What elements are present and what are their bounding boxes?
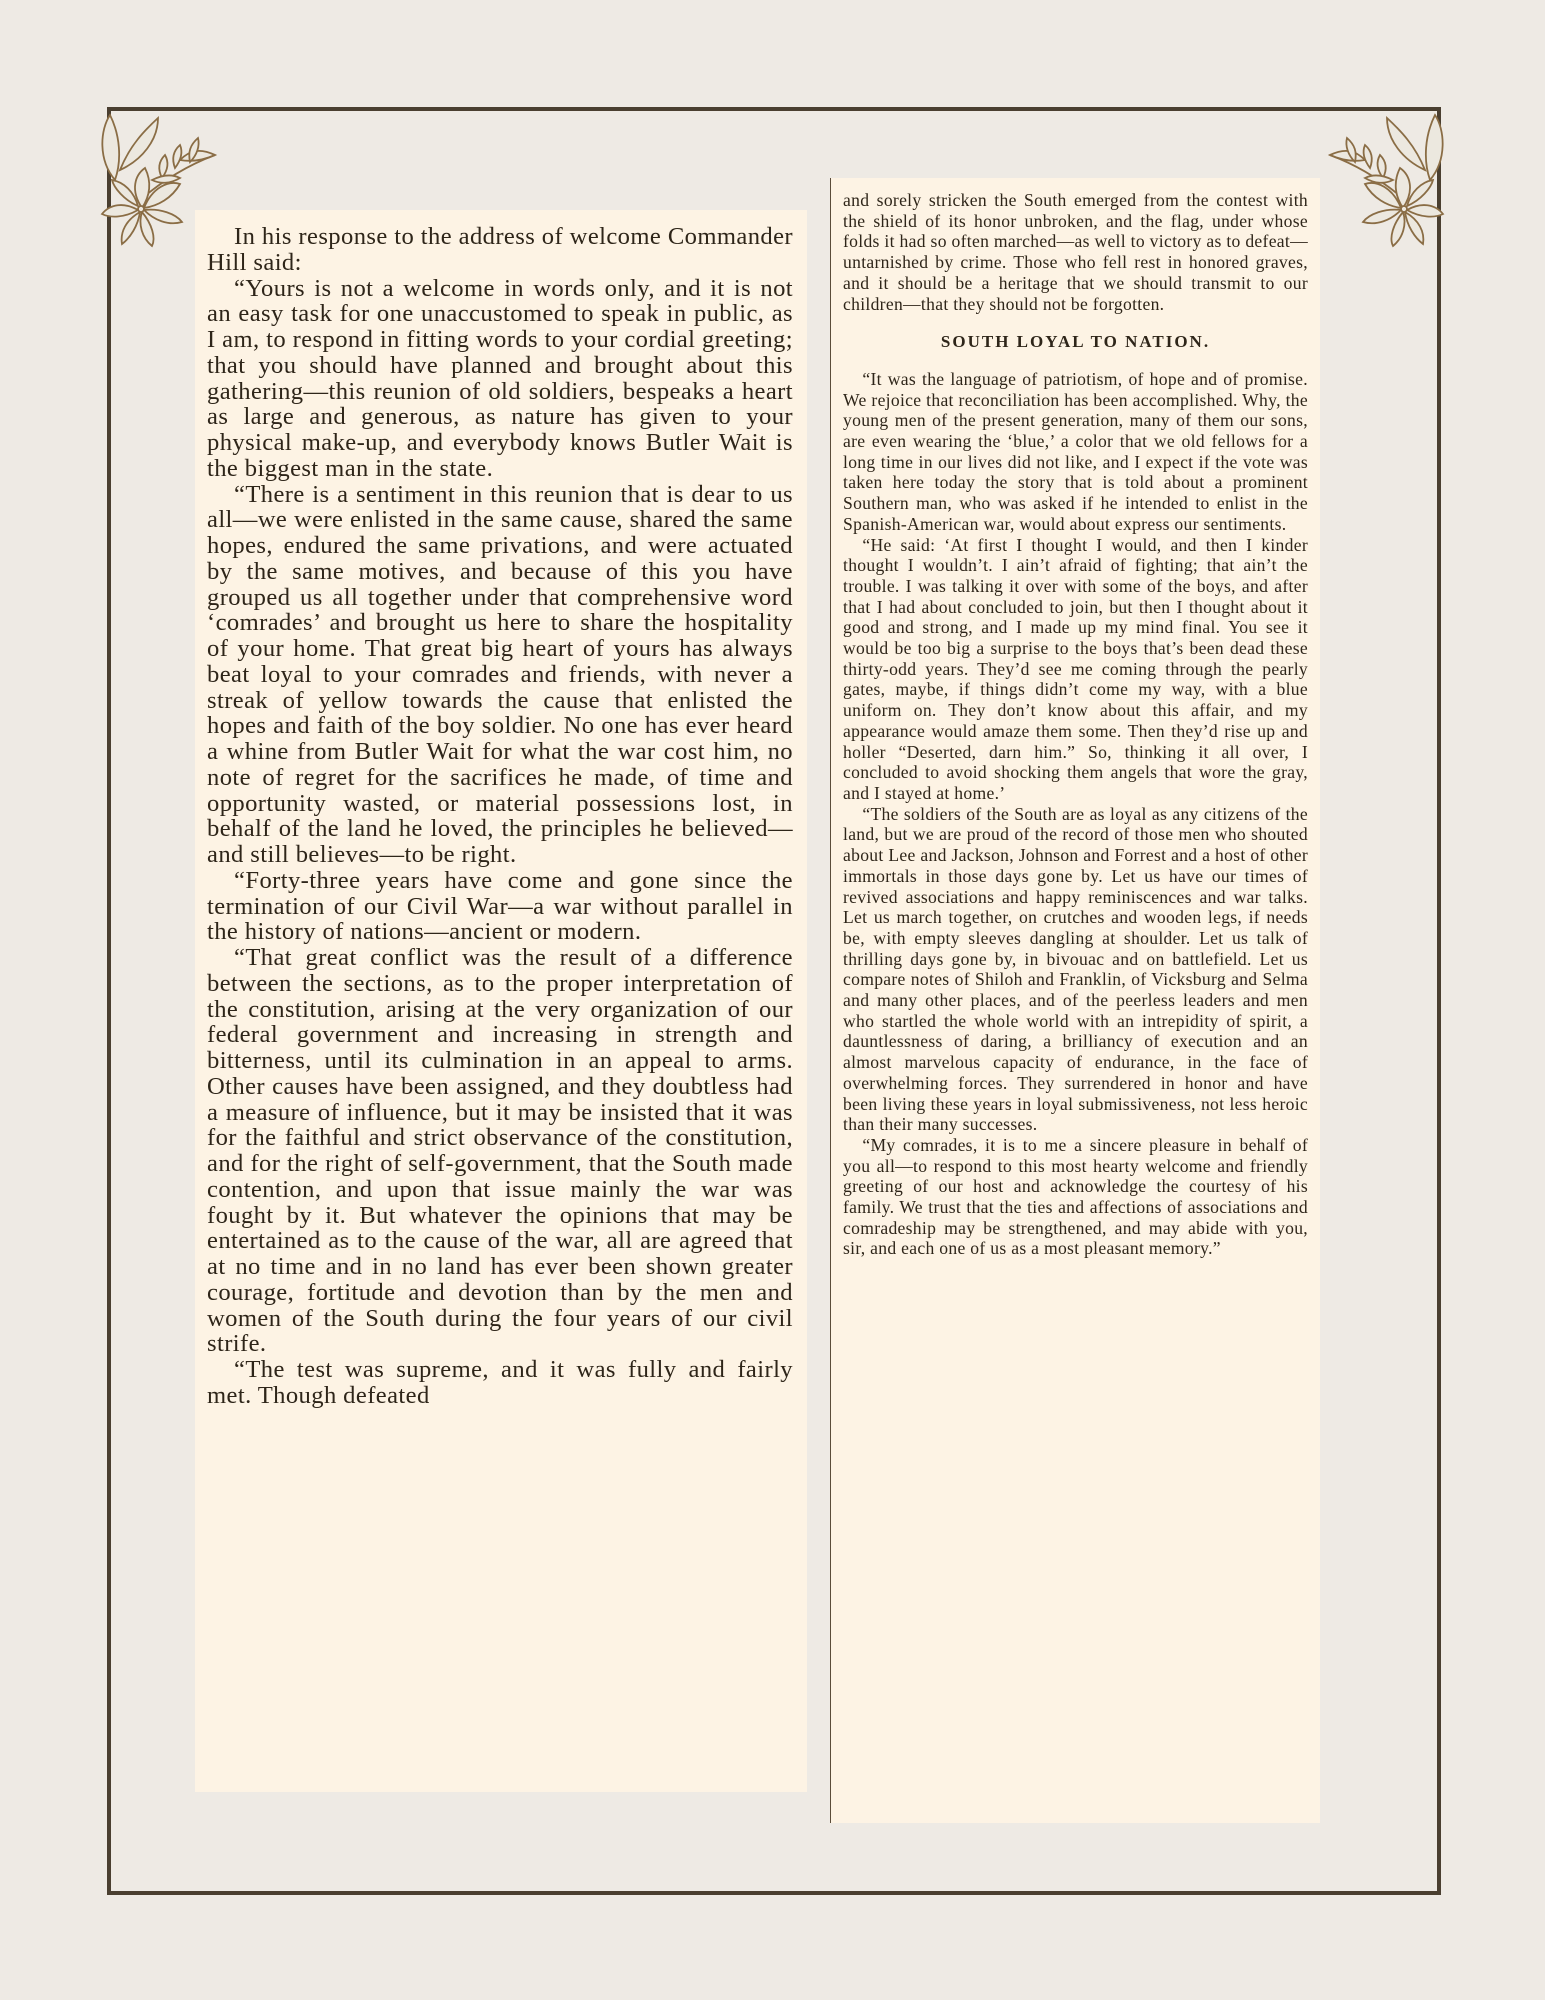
newspaper-clipping-right-column: and sorely stricken the South emerged fr… <box>830 178 1320 1823</box>
article-paragraph: “My comrades, it is to me a sincere plea… <box>843 1135 1308 1259</box>
article-paragraph: “It was the language of patriotism, of h… <box>843 369 1308 535</box>
floral-corner-icon <box>1315 100 1465 250</box>
article-paragraph: “He said: ‘At first I thought I would, a… <box>843 535 1308 804</box>
newspaper-clipping-left-column: In his response to the address of welcom… <box>195 210 807 1792</box>
section-subheading: SOUTH LOYAL TO NATION. <box>843 332 1308 353</box>
article-paragraph: “Yours is not a welcome in words only, a… <box>207 276 793 482</box>
article-paragraph: “That great conflict was the result of a… <box>207 945 793 1357</box>
article-paragraph: “The soldiers of the South are as loyal … <box>843 804 1308 1135</box>
intro-paragraph: In his response to the address of welcom… <box>207 224 793 276</box>
article-paragraph: “The test was supreme, and it was fully … <box>207 1357 793 1409</box>
article-paragraph: “There is a sentiment in this reunion th… <box>207 482 793 868</box>
continued-paragraph: and sorely stricken the South emerged fr… <box>843 190 1308 314</box>
article-paragraph: “Forty-three years have come and gone si… <box>207 868 793 945</box>
